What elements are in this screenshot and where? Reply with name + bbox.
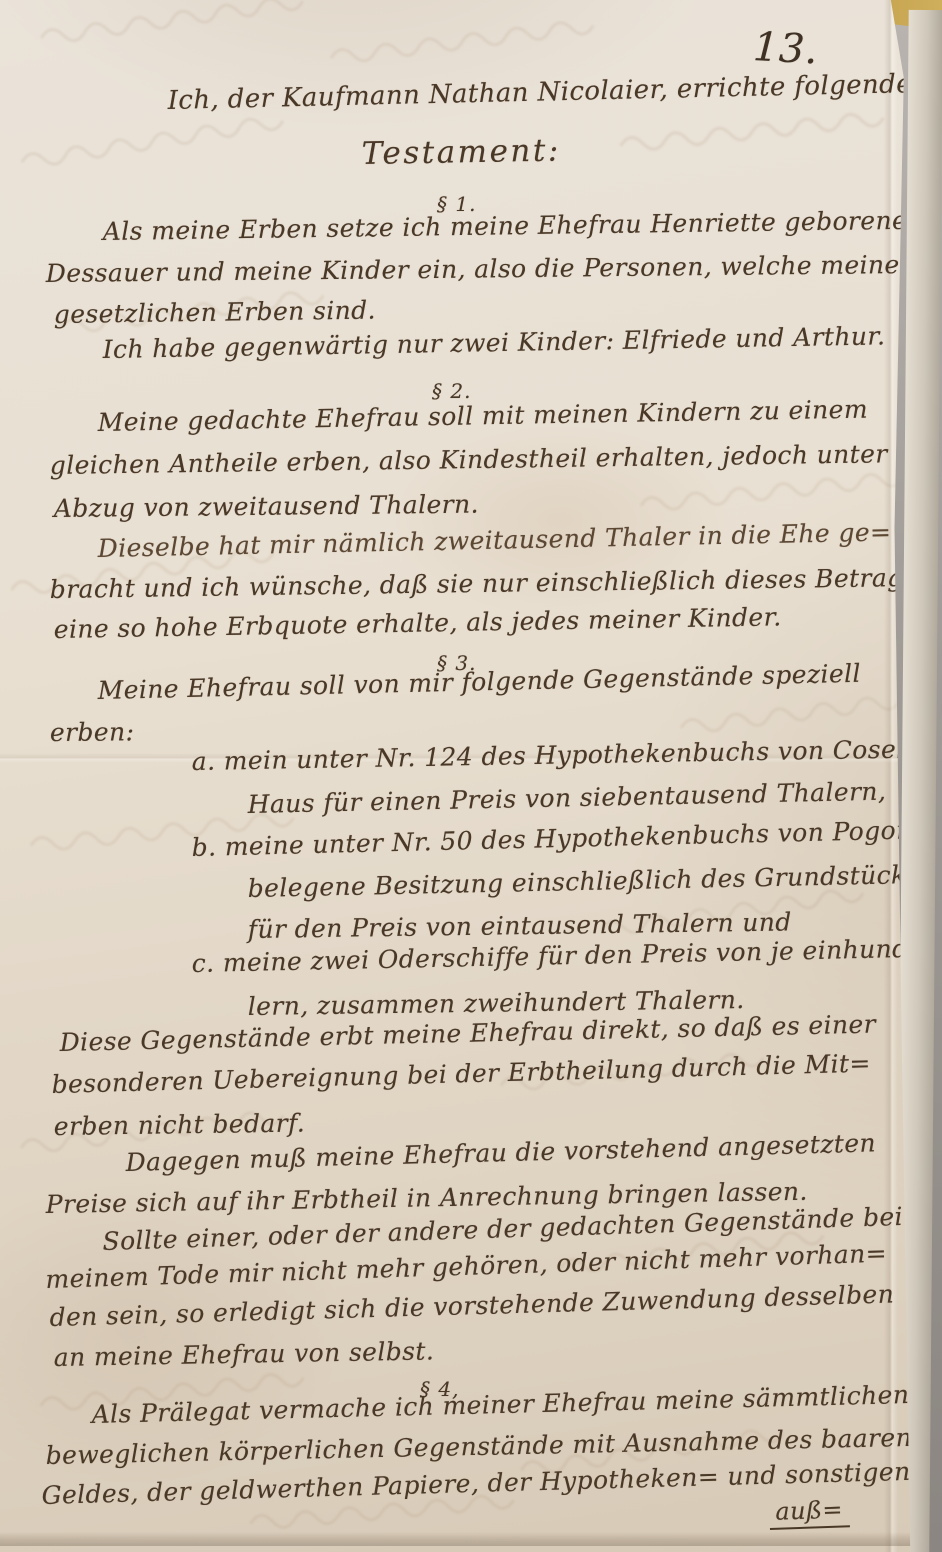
section-mark: § 2. — [432, 379, 471, 403]
archive-photo: 13. Ich, der Kaufmann Nathan Nicolaier, … — [0, 0, 942, 1552]
manuscript-line: Abzug von zweitausend Thalern. — [54, 490, 479, 523]
manuscript-page: 13. Ich, der Kaufmann Nathan Nicolaier, … — [0, 0, 926, 1552]
page-number: 13. — [752, 24, 819, 73]
manuscript-line: erben: — [50, 717, 135, 747]
manuscript-line: gesetzlichen Erben sind. — [54, 296, 376, 329]
document-title: Testament: — [361, 133, 561, 172]
manuscript-line: erben nicht bedarf. — [54, 1108, 306, 1141]
paper-bottom-fold — [0, 1532, 926, 1546]
catchword: auß= — [769, 1495, 850, 1530]
